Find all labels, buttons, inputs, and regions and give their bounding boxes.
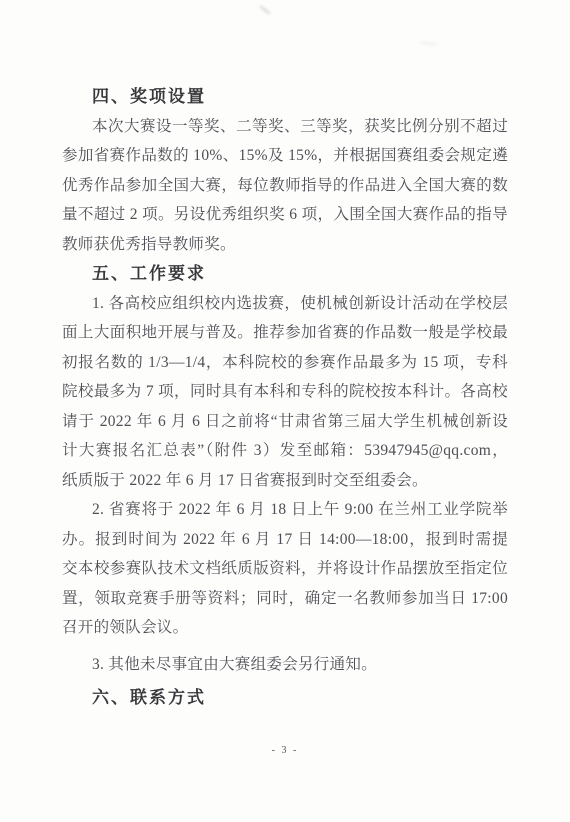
text-line: 办。报到时间为 2022 年 6 月 17 日 14:00—18:00，报到时需… xyxy=(62,525,508,555)
scan-smudge-artifact xyxy=(258,4,271,16)
text-line: 2. 省赛将于 2022 年 6 月 18 日上午 9:00 在兰州工业学院举 xyxy=(62,495,508,525)
text-line: 3. 其他未尽事宜由大赛组委会另行通知。 xyxy=(62,650,508,680)
text-line: 教师获优秀指导教师奖。 xyxy=(62,230,508,260)
document-body: 四、奖项设置 本次大赛设一等奖、二等奖、三等奖，获奖比例分别不超过 参加省赛作品… xyxy=(62,82,508,713)
text-line: 本次大赛设一等奖、二等奖、三等奖，获奖比例分别不超过 xyxy=(62,112,508,142)
section-awards: 四、奖项设置 本次大赛设一等奖、二等奖、三等奖，获奖比例分别不超过 参加省赛作品… xyxy=(62,82,508,259)
text-line: 面上大面积地开展与普及。推荐参加省赛的作品数一般是学校最 xyxy=(62,318,508,348)
scan-smudge-artifact xyxy=(420,41,438,46)
text-line: 优秀作品参加全国大赛，每位教师指导的作品进入全国大赛的数 xyxy=(62,171,508,201)
text-line: 初报名数的 1/3—1/4，本科院校的参赛作品最多为 15 项，专科 xyxy=(62,348,508,378)
text-line: 院校最多为 7 项，同时具有本科和专科的院校按本科计。各高校 xyxy=(62,377,508,407)
text-line: 交本校参赛队技术文档纸质版资料，并将设计作品摆放至指定位 xyxy=(62,554,508,584)
text-line: 召开的领队会议。 xyxy=(62,613,508,643)
page-number: - 3 - xyxy=(0,744,570,758)
text-line: 请于 2022 年 6 月 6 日之前将“甘肃省第三届大学生机械创新设 xyxy=(62,407,508,437)
text-line: 量不超过 2 项。另设优秀组织奖 6 项，入围全国大赛作品的指导 xyxy=(62,200,508,230)
text-line: 置，领取竞赛手册等资料；同时，确定一名教师参加当日 17:00 xyxy=(62,584,508,614)
scanned-document-page: 四、奖项设置 本次大赛设一等奖、二等奖、三等奖，获奖比例分别不超过 参加省赛作品… xyxy=(0,0,570,822)
section-heading-contact: 六、联系方式 xyxy=(62,683,508,713)
text-line: 1. 各高校应组织校内选拔赛，使机械创新设计活动在学校层 xyxy=(62,289,508,319)
text-line: 计大赛报名汇总表”（附件 3）发至邮箱：53947945@qq.com， xyxy=(62,436,508,466)
section-heading-work-requirements: 五、工作要求 xyxy=(62,259,508,289)
text-line: 纸质版于 2022 年 6 月 17 日省赛报到时交至组委会。 xyxy=(62,466,508,496)
text-line: 参加省赛作品数的 10%、15%及 15%，并根据国赛组委会规定遴选 xyxy=(62,141,508,171)
section-contact: 六、联系方式 xyxy=(62,683,508,713)
section-heading-awards: 四、奖项设置 xyxy=(62,82,508,112)
section-work-requirements: 五、工作要求 1. 各高校应组织校内选拔赛，使机械创新设计活动在学校层 面上大面… xyxy=(62,259,508,679)
